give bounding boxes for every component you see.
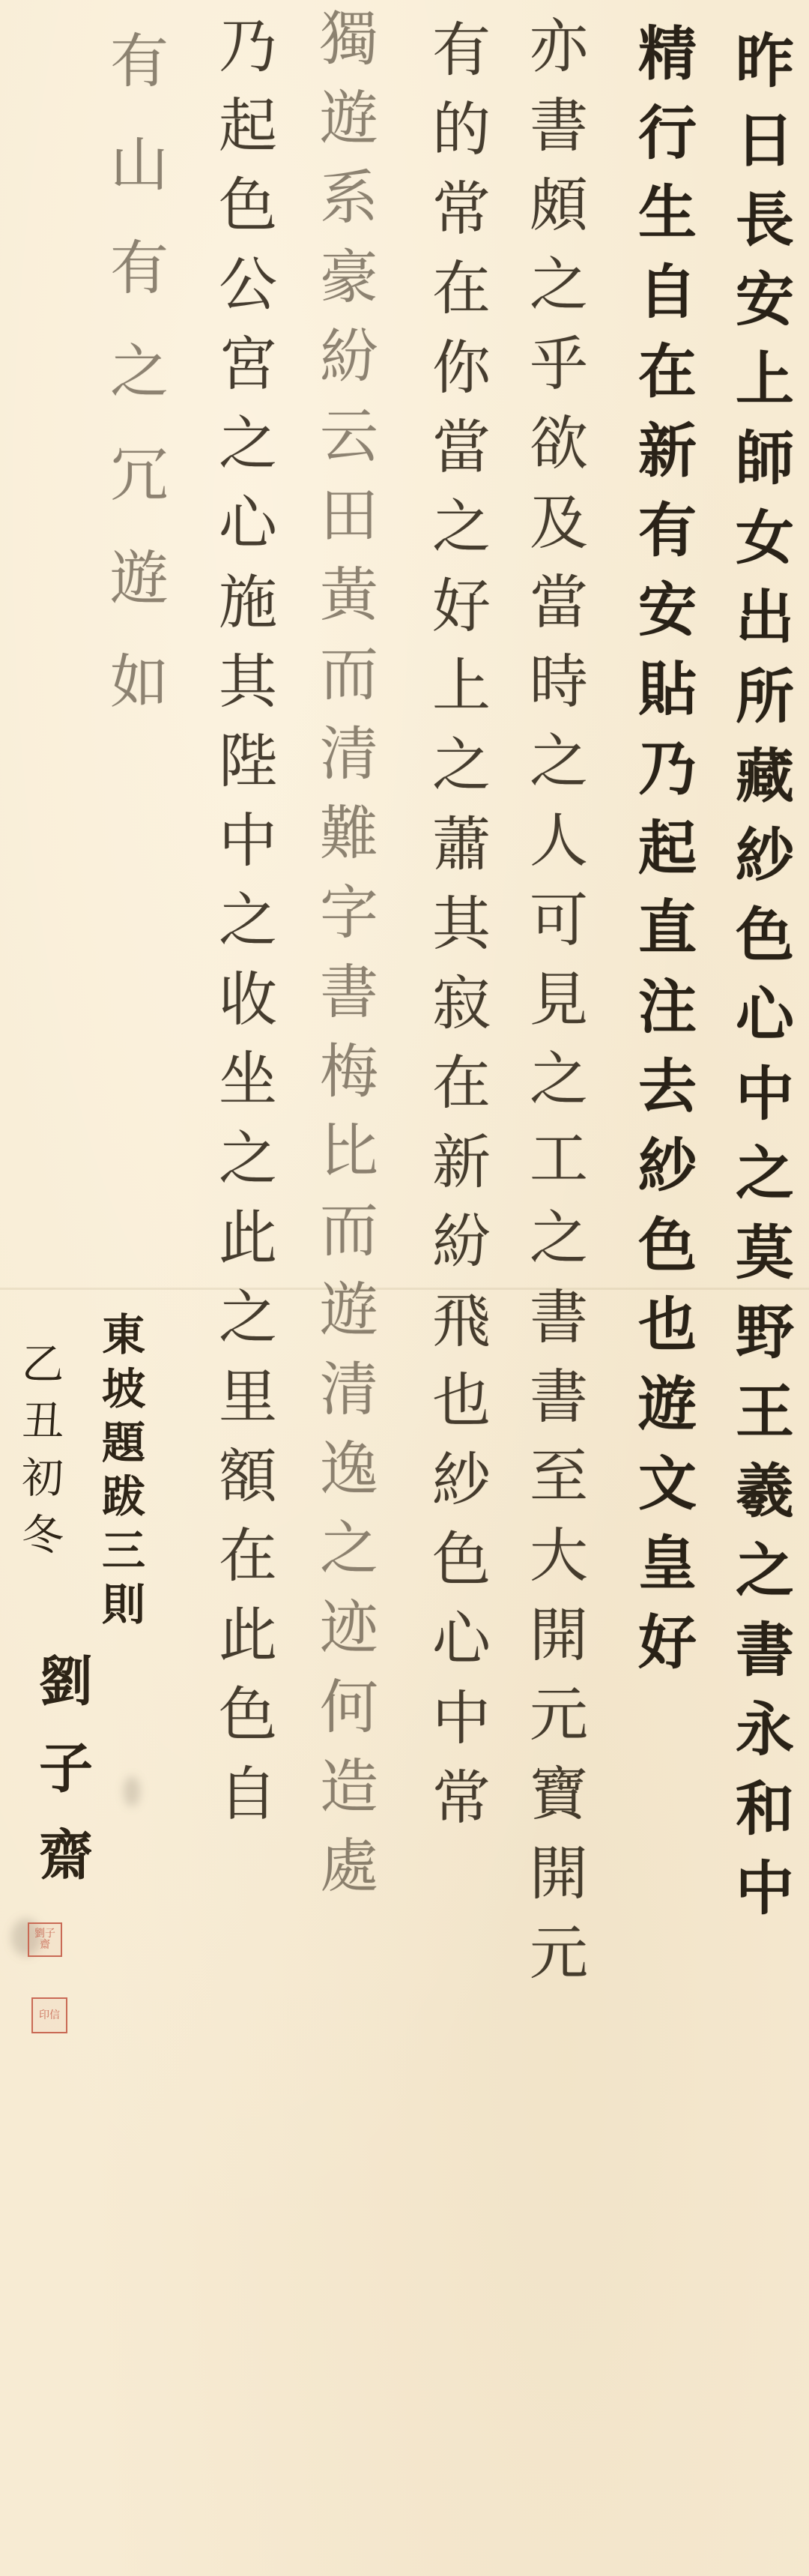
text-column-1: 昨日長安上師女出所藏紗色心中之莫野王羲之書永和中 (730, 30, 789, 1937)
text-column-5: 獨遊系豪紛云田黃而清難字書梅比而遊清逸之迹何造處 (315, 7, 373, 1914)
inscription-title: 東坡題跋三則 (88, 1312, 151, 1635)
text-column-4: 有的常在你當之好上之蕭其寂在新紛飛也紗色心中常 (427, 19, 485, 1846)
inscription-date: 乙丑初冬 (9, 1342, 69, 1569)
text-column-3: 亦書頗之乎欲及當時之人可見之工之書書至大開元寶開元 (524, 15, 583, 2001)
seal-stamp-lower: 印信 (31, 1997, 67, 2033)
text-column-7: 有山有之冗遊如 (105, 30, 163, 754)
calligraphy-scroll: 昨日長安上師女出所藏紗色心中之莫野王羲之書永和中 精行生自在新有安貼乃起直注去紗… (0, 0, 809, 2576)
text-column-2: 精行生自在新有安貼乃起直注去紗色也遊文皇好 (633, 22, 691, 1691)
text-column-6: 乃起色公宮之心施其陛中之收坐之此之里額在此色自 (213, 15, 272, 1842)
seal-stamp-upper: 劉子齋 (28, 1922, 62, 1957)
signature: 劉子齋 (22, 1653, 100, 1913)
ink-smudge (124, 1776, 140, 1806)
